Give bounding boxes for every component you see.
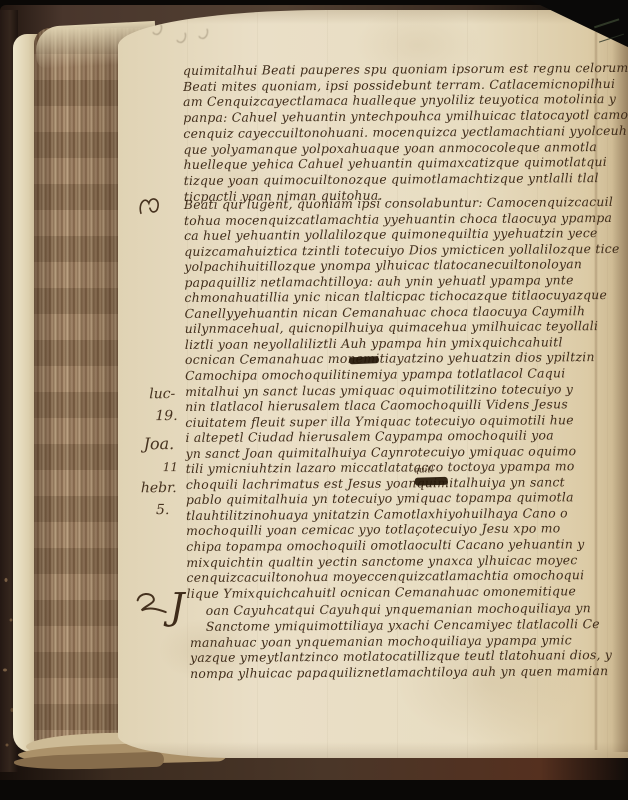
paragraph-beati-pauperes: quimitalhui Beati pauperes spu quoniam i… (183, 60, 628, 204)
handwritten-text-layer: quimitalhui Beati pauperes spu quoniam i… (0, 0, 628, 800)
manuscript-photo: quimitalhui Beati pauperes spu quoniam i… (0, 0, 628, 800)
margin-note-john-ch: 11 (163, 460, 178, 474)
text-line: lique Ymixquichcahuitl ocnican Cemanahua… (187, 583, 622, 602)
text-line: nompa ylhuicac papaquiliznetlamachtiloya… (190, 663, 612, 682)
superscript-correction: quitl (414, 465, 434, 475)
paragraph-joan-cayuhcatqui: oan Cayuhcatqui Cayuhqui ynquemanian moc… (190, 600, 613, 682)
ink-blot-strikethrough (415, 477, 448, 486)
flourish-mark-icon (132, 590, 172, 620)
ink-blot-strikethrough (349, 356, 379, 364)
margin-note-hebrews: hebr. (141, 480, 177, 496)
double-loop-paragraph-mark-icon (137, 194, 165, 218)
text-line: tizque yoan quimocuiltonozque quimotlama… (184, 170, 628, 189)
text-line: ciuitatem fleuit super illa Ymiquac tote… (185, 412, 620, 431)
paragraph-initial-letter: J (170, 592, 185, 622)
margin-note-luke: luc- (149, 386, 175, 402)
paragraph-beati-qui-lugent: Beati qui lugent, quoniam ipsi consolabu… (184, 194, 622, 601)
margin-note-john: Joa. (143, 434, 174, 453)
margin-note-hebrews-ch: 5. (156, 502, 169, 518)
margin-note-luke-ch: 19. (155, 408, 177, 424)
